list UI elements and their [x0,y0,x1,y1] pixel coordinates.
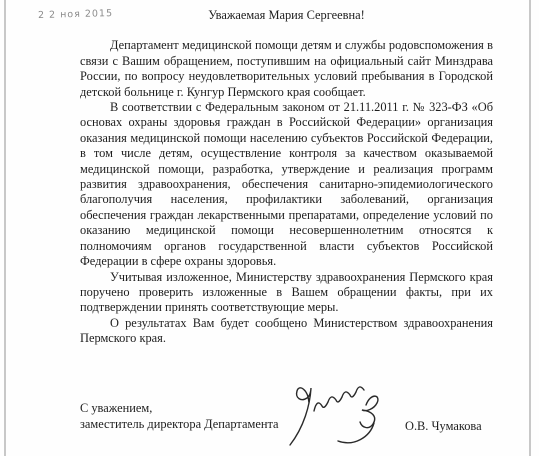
signature-autograph-icon [278,381,386,453]
salutation: Уважаемая Мария Сергеевна! [80,8,493,23]
paragraph-law: В соответствии с Федеральным законом от … [80,100,493,269]
page-right-border [529,0,531,456]
letter-body: Уважаемая Мария Сергеевна! Департамент м… [80,8,493,347]
signer-name: О.В. Чумакова [405,419,482,434]
paragraph-result: О результатах Вам будет сообщено Министе… [80,316,493,347]
letter-page: 2 2 ноя 2015 Уважаемая Мария Сергеевна! … [0,0,539,456]
paragraph-instruction: Учитывая изложенное, Министерству здраво… [80,270,493,316]
closing-regards: С уважением, [80,401,279,417]
closing-title: заместитель директора Департамента [80,417,279,433]
page-left-border [4,0,6,456]
paragraph-intro: Департамент медицинской помощи детям и с… [80,38,493,100]
closing-block: С уважением, заместитель директора Депар… [80,401,279,432]
